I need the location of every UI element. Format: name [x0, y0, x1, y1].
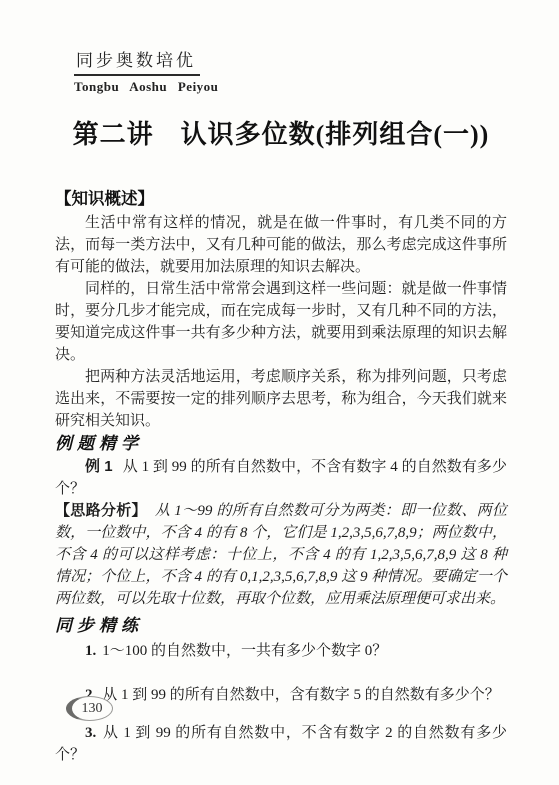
running-header: 同步奥数培优 Tongbu Aoshu Peiyou	[74, 46, 218, 95]
examples-section-heading: 例题精学	[55, 432, 507, 456]
question-2-text: 从 1 到 99 的所有自然数中，含有数字 5 的自然数有多少个？	[102, 687, 500, 703]
example-1-label: 例 1	[85, 458, 113, 475]
running-header-title-pinyin: Tongbu Aoshu Peiyou	[74, 79, 218, 95]
question-3-text: 从 1 到 99 的所有自然数中，不含有数字 2 的自然数有多少个？	[55, 725, 507, 763]
practice-question-3: 3.从 1 到 99 的所有自然数中，不含有数字 2 的自然数有多少个？	[55, 722, 507, 766]
example-1-text: 从 1 到 99 的所有自然数中，不含有数字 4 的自然数有多少个？	[55, 459, 507, 497]
page-number: 130	[82, 701, 103, 717]
lesson-title: 第二讲 认识多位数(排列组合(一))	[55, 118, 507, 152]
question-3-number: 3.	[85, 725, 96, 741]
practice-section-heading: 同步精练	[55, 614, 507, 638]
book-page: 同步奥数培优 Tongbu Aoshu Peiyou 第二讲 认识多位数(排列组…	[0, 0, 559, 785]
practice-question-1: 1.1～100 的自然数中，一共有多少个数字 0？	[55, 640, 507, 662]
page-number-badge: 130	[66, 696, 113, 721]
question-1-text: 1～100 的自然数中，一共有多少个数字 0？	[102, 643, 387, 659]
example-1-line: 例 1从 1 到 99 的所有自然数中，不含有数字 4 的自然数有多少个？	[55, 456, 507, 500]
question-1-number: 1.	[85, 643, 96, 659]
analysis-label: 【思路分析】	[55, 502, 147, 519]
knowledge-paragraph-2: 同样的，日常生活中常常会遇到这样一些问题：就是做一件事情时，要分几步才能完成，而…	[55, 278, 507, 366]
analysis-paragraph: 【思路分析】从 1～99 的所有自然数可分为两类：即一位数、两位数，一位数中，不…	[55, 500, 507, 610]
knowledge-overview-heading: 【知识概述】	[55, 188, 507, 210]
practice-question-2: 2.从 1 到 99 的所有自然数中，含有数字 5 的自然数有多少个？	[55, 684, 507, 706]
knowledge-paragraph-3: 把两种方法灵活地运用，考虑顺序关系，称为排列问题，只考虑选出来，不需要按一定的排…	[55, 366, 507, 432]
running-header-title-cn: 同步奥数培优	[74, 46, 200, 76]
knowledge-paragraph-1: 生活中常有这样的情况，就是在做一件事时，有几类不同的方法，而每一类方法中，又有几…	[55, 212, 507, 278]
page-body: 第二讲 认识多位数(排列组合(一)) 【知识概述】 生活中常有这样的情况，就是在…	[55, 118, 507, 766]
